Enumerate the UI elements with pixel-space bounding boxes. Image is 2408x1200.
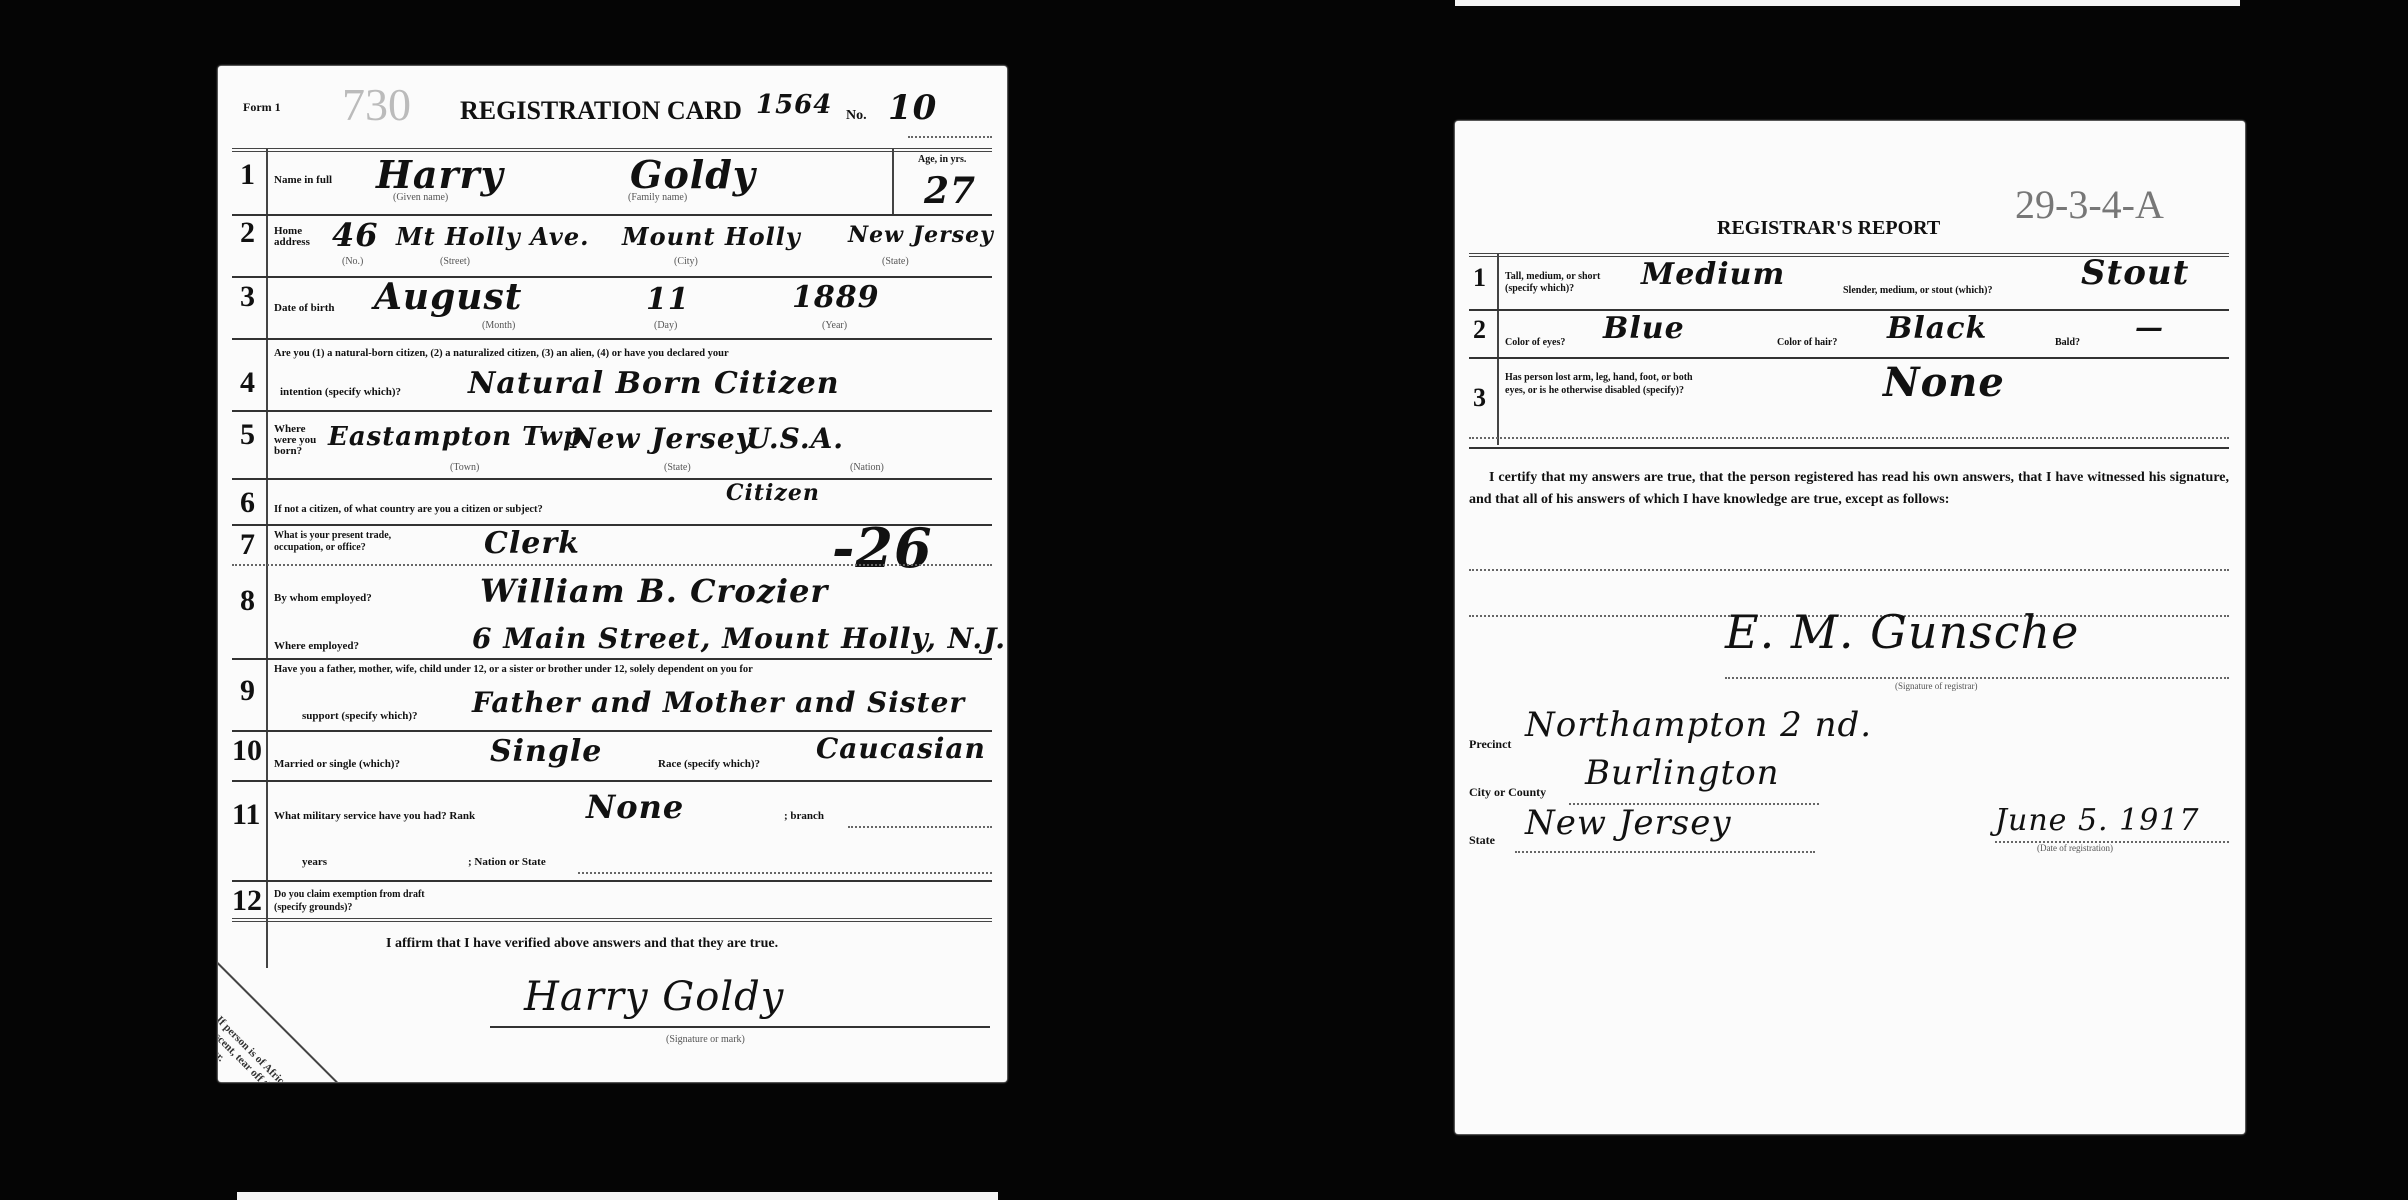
- precinct-label: Precinct: [1469, 737, 1511, 752]
- stamp-number: 730: [342, 78, 411, 131]
- exemption-label: Do you claim exemption from draft (speci…: [274, 888, 444, 914]
- divider: [1469, 569, 2229, 571]
- citizenship-value: Natural Born Citizen: [468, 366, 840, 401]
- divider: [1469, 309, 2229, 311]
- adjacent-card-edge-top: [1455, 0, 2240, 6]
- divider: [232, 338, 992, 340]
- bald-label: Bald?: [2055, 337, 2080, 348]
- divider: [232, 918, 992, 922]
- corner-note: If person is of African descent, tear of…: [218, 1014, 307, 1082]
- hair-color-value: Black: [1887, 311, 1987, 346]
- work-place-value: 6 Main Street, Mount Holly, N.J.: [472, 622, 1006, 655]
- military-rank: None: [586, 788, 684, 826]
- caption-city: (City): [674, 256, 698, 267]
- divider: [266, 148, 268, 968]
- build-label: Slender, medium, or stout (which)?: [1843, 285, 1992, 296]
- family-caption: (Family name): [628, 192, 687, 203]
- row-number: 9: [240, 674, 255, 708]
- caption-state: (State): [882, 256, 909, 267]
- marital-label: Married or single (which)?: [274, 758, 400, 770]
- tear-off-corner: If person is of African descent, tear of…: [218, 932, 368, 1082]
- race-label: Race (specify which)?: [658, 758, 760, 770]
- row-number: 1: [240, 158, 255, 192]
- divider: [1469, 357, 2229, 359]
- disability-label: Has person lost arm, leg, hand, foot, or…: [1505, 371, 1705, 397]
- hair-color-label: Color of hair?: [1777, 337, 1837, 348]
- row-number: 7: [240, 528, 255, 562]
- divider: [892, 148, 894, 216]
- row-number: 1: [1473, 263, 1486, 293]
- caption-month: (Month): [482, 320, 515, 331]
- divider: [232, 564, 992, 566]
- signature-line: [1725, 677, 2229, 679]
- employer-label: By whom employed?: [274, 592, 372, 604]
- row-number: 10: [232, 734, 262, 768]
- row-number: 12: [232, 884, 262, 918]
- address-state: New Jersey: [848, 222, 994, 248]
- dependents-value: Father and Mother and Sister: [472, 686, 965, 719]
- no-label: No.: [846, 108, 867, 124]
- address-number: 46: [332, 216, 379, 254]
- eye-color-label: Color of eyes?: [1505, 337, 1565, 348]
- bald-value: —: [2135, 311, 2164, 344]
- divider: [578, 872, 992, 874]
- occupation-value: Clerk: [484, 526, 580, 561]
- divider: [232, 780, 992, 782]
- signature-line: [490, 1026, 990, 1028]
- citizenship-question: Are you (1) a natural-born citizen, (2) …: [274, 348, 729, 359]
- years-label: years: [302, 856, 327, 868]
- divider: [232, 276, 992, 278]
- divider: [848, 826, 992, 828]
- dob-label: Date of birth: [274, 302, 335, 314]
- divider: [232, 410, 992, 412]
- eye-color-value: Blue: [1603, 311, 1685, 346]
- certification-text: I certify that my answers are true, that…: [1469, 467, 2229, 511]
- dob-day: 11: [646, 282, 690, 317]
- handwritten-serial: 1564: [756, 90, 832, 120]
- country-question: If not a citizen, of what country are yo…: [274, 504, 543, 515]
- given-name: Harry: [376, 152, 504, 197]
- state-value: New Jersey: [1525, 803, 1732, 843]
- registrar-signature: E. M. Gunsche: [1725, 605, 2079, 659]
- row-number: 3: [1473, 383, 1486, 413]
- stamp-code: 29-3-4-A: [2015, 181, 2164, 228]
- row-number: 5: [240, 418, 255, 452]
- row-number: 8: [240, 584, 255, 618]
- race-value: Caucasian: [816, 732, 986, 765]
- registrar-caption: (Signature of registrar): [1895, 681, 1977, 691]
- address-city: Mount Holly: [622, 222, 801, 251]
- address-street: Mt Holly Ave.: [396, 222, 589, 251]
- birth-nation: U.S.A.: [746, 422, 844, 455]
- card-title: REGISTRATION CARD: [460, 96, 742, 126]
- divider: [232, 880, 992, 882]
- row-number: 3: [240, 280, 255, 314]
- age-label: Age, in yrs.: [918, 154, 966, 165]
- row-number: 6: [240, 486, 255, 520]
- row-number: 2: [240, 216, 255, 250]
- registration-date: June 5. 1917: [1995, 803, 2199, 838]
- family-name: Goldy: [630, 152, 756, 197]
- divider: [1497, 253, 1499, 445]
- caption-year: (Year): [822, 320, 847, 331]
- divider: [908, 136, 992, 138]
- branch-label: ; branch: [784, 810, 824, 822]
- military-label: What military service have you had? Rank: [274, 810, 475, 822]
- date-caption: (Date of registration): [2037, 843, 2113, 853]
- nation-state-label: ; Nation or State: [468, 856, 546, 868]
- name-label: Name in full: [274, 174, 332, 186]
- card-number: 10: [888, 88, 937, 128]
- height-value: Medium: [1641, 257, 1785, 292]
- divider: [232, 148, 992, 152]
- occupation-label: What is your present trade, occupation, …: [274, 530, 394, 554]
- build-value: Stout: [2081, 253, 2189, 293]
- dob-month: August: [374, 276, 522, 318]
- adjacent-card-edge-bottom: [237, 1192, 998, 1200]
- disability-value: None: [1883, 359, 2005, 406]
- dob-year: 1889: [792, 280, 880, 315]
- age-value: 27: [924, 170, 976, 212]
- birth-town: Eastampton Twp.: [328, 422, 592, 452]
- given-caption: (Given name): [393, 192, 448, 203]
- form-label: Form 1: [243, 100, 281, 115]
- employer-value: William B. Crozier: [480, 572, 828, 610]
- margin-note: -26: [832, 516, 933, 580]
- birth-state: New Jersey: [570, 422, 753, 455]
- county-value: Burlington: [1585, 753, 1780, 793]
- row-number: 4: [240, 366, 255, 400]
- caption-day: (Day): [654, 320, 677, 331]
- divider: [232, 478, 992, 480]
- registrars-report-card: REGISTRAR'S REPORT 29-3-4-A 1 Tall, medi…: [1455, 121, 2245, 1134]
- divider: [1469, 437, 2229, 439]
- caption-no: (No.): [342, 256, 363, 267]
- divider: [1515, 851, 1815, 853]
- divider: [1469, 447, 2229, 449]
- country-value: Citizen: [726, 480, 820, 506]
- row-number: 2: [1473, 315, 1486, 345]
- precinct-value: Northampton 2 nd.: [1525, 705, 1872, 745]
- caption-state: (State): [664, 462, 691, 473]
- home-address-label: Home address: [274, 226, 314, 248]
- caption-town: (Town): [450, 462, 479, 473]
- registration-card: Form 1 730 REGISTRATION CARD 1564 No. 10…: [218, 66, 1007, 1082]
- dependents-label: support (specify which)?: [302, 710, 418, 722]
- marital-value: Single: [490, 734, 602, 769]
- caption-street: (Street): [440, 256, 470, 267]
- state-label: State: [1469, 833, 1495, 848]
- birthplace-label: Where were you born?: [274, 424, 328, 457]
- affirmation-text: I affirm that I have verified above answ…: [386, 936, 778, 952]
- dependents-question: Have you a father, mother, wife, child u…: [274, 664, 753, 675]
- row-number: 11: [232, 798, 260, 832]
- citizenship-label: intention (specify which)?: [280, 386, 401, 398]
- divider: [232, 658, 992, 660]
- height-label: Tall, medium, or short (specify which)?: [1505, 271, 1635, 295]
- caption-nation: (Nation): [850, 462, 884, 473]
- work-place-label: Where employed?: [274, 640, 359, 652]
- registrant-signature: Harry Goldy: [524, 974, 784, 1020]
- county-label: City or County: [1469, 785, 1546, 800]
- signature-caption: (Signature or mark): [666, 1034, 745, 1045]
- report-title: REGISTRAR'S REPORT: [1717, 217, 1940, 240]
